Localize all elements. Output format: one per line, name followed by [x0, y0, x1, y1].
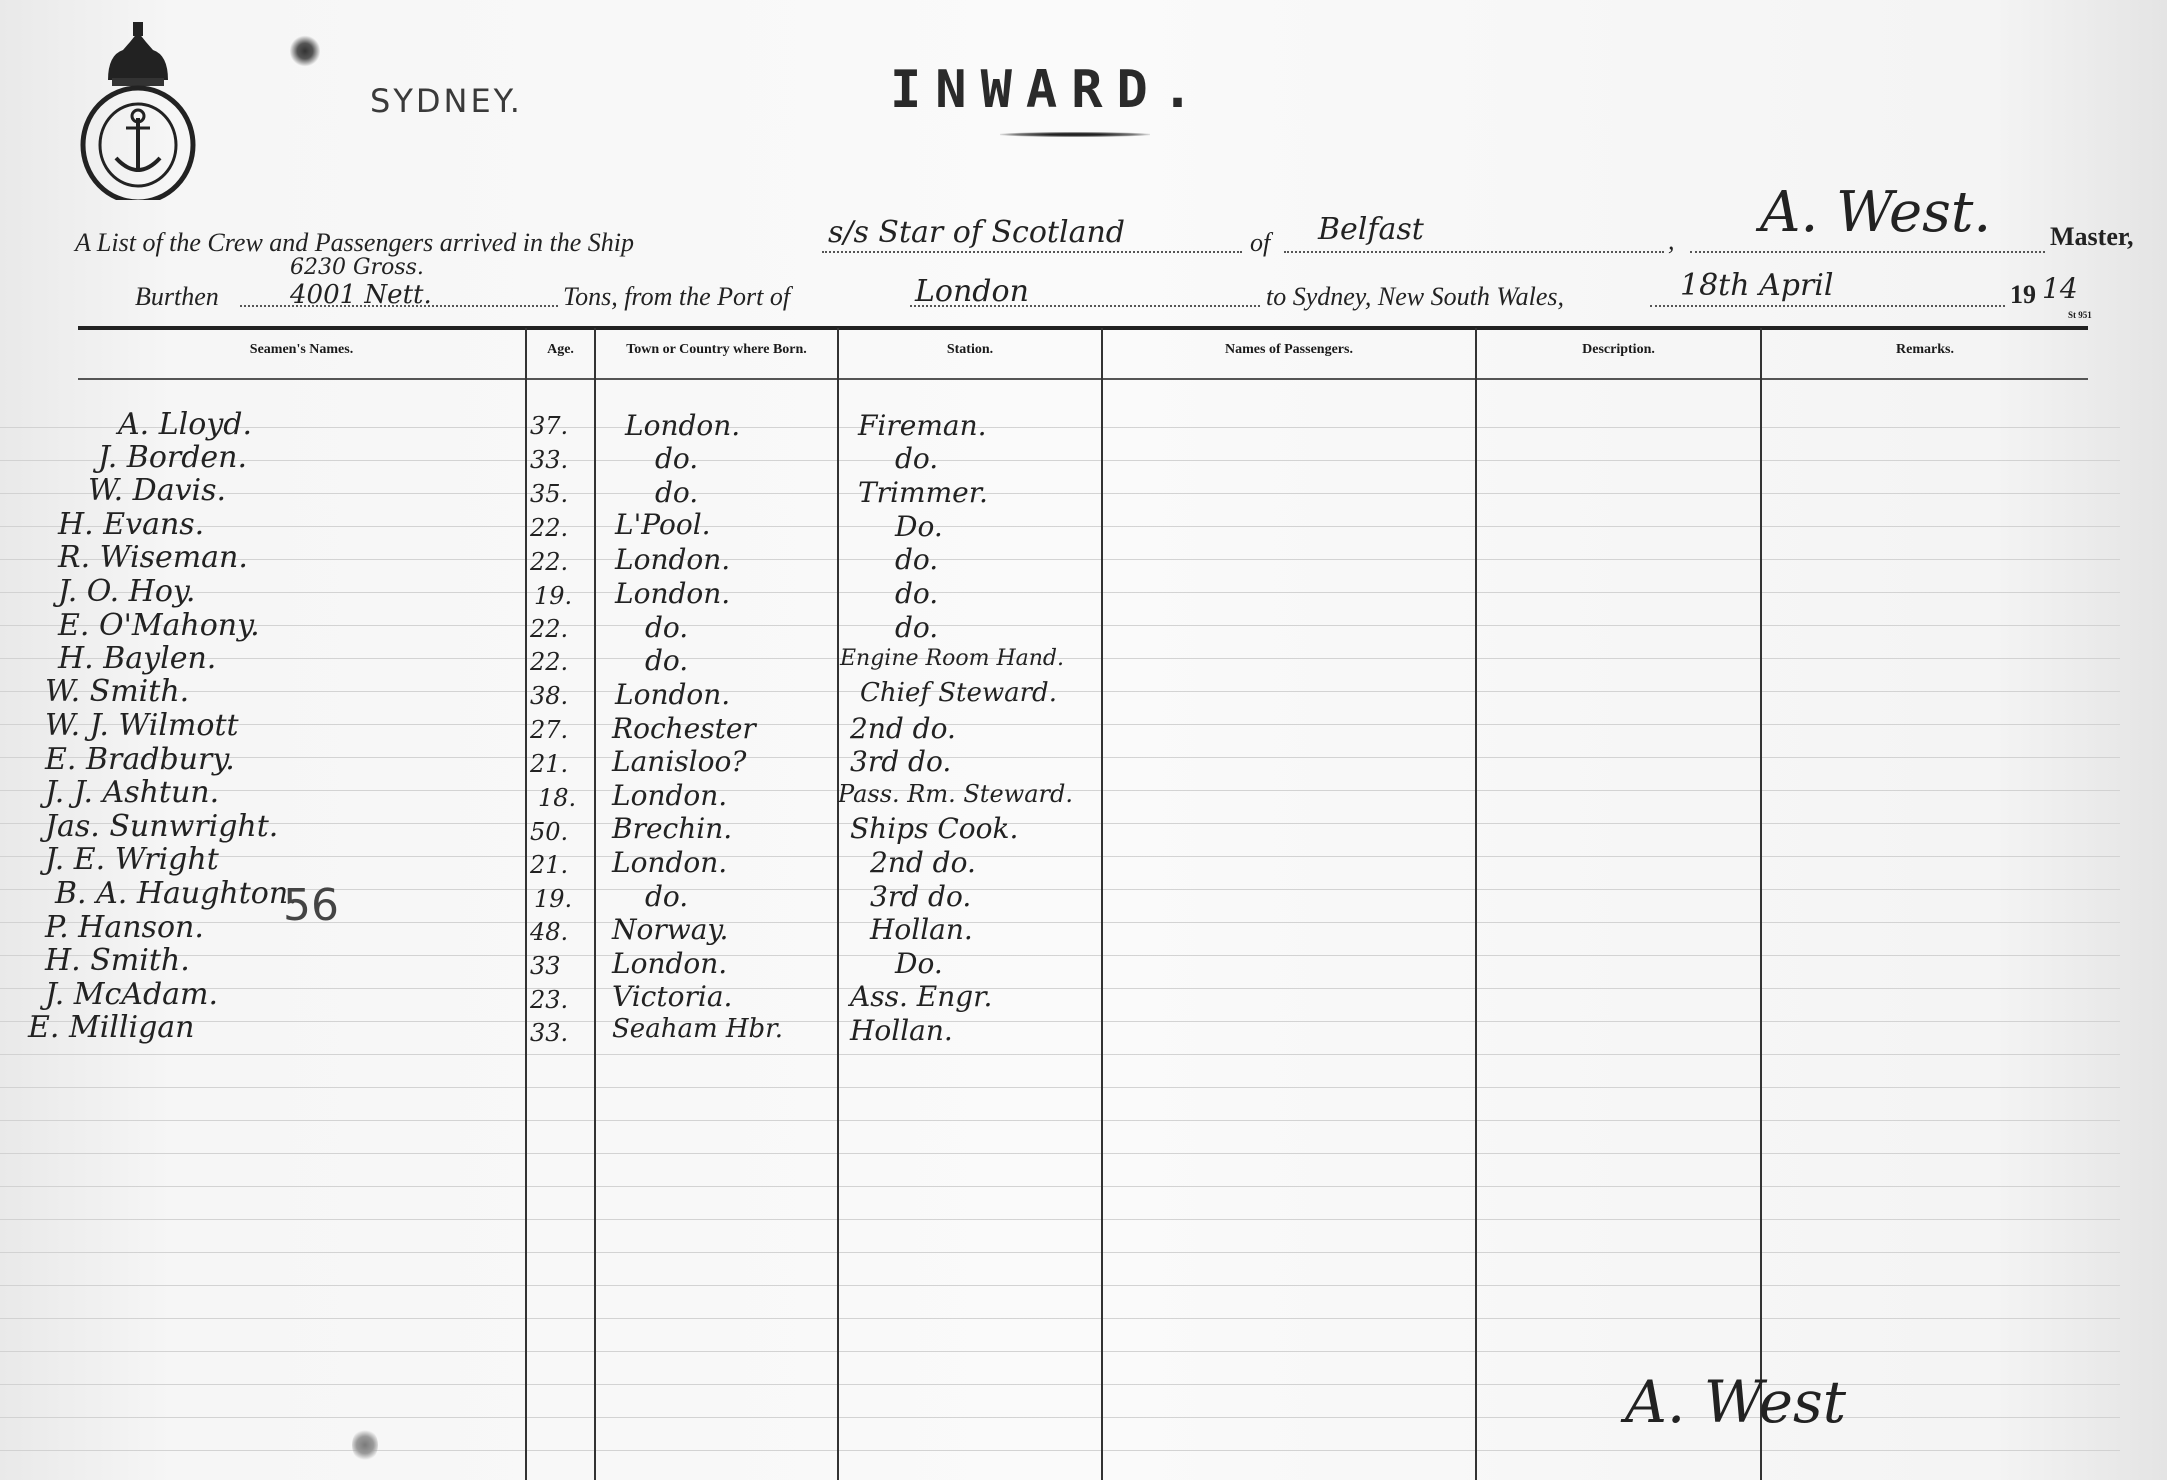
seaman-age: 19.	[534, 582, 572, 610]
seaman-birthplace: do.	[655, 476, 698, 509]
location-stamp: SYDNEY.	[370, 82, 523, 120]
seaman-name: J. Borden.	[98, 440, 247, 475]
seaman-name: E. O'Mahony.	[58, 608, 260, 643]
seaman-station: do.	[895, 442, 938, 475]
seaman-station: Ass. Engr.	[850, 980, 992, 1013]
seaman-birthplace: Victoria.	[612, 980, 732, 1013]
seaman-age: 22.	[530, 615, 568, 643]
ruled-lines	[0, 395, 2120, 1480]
seaman-station: Ships Cook.	[850, 812, 1018, 845]
seaman-station: Engine Room Hand.	[840, 646, 1064, 671]
col-header-description: Description.	[1477, 342, 1760, 358]
seaman-age: 33.	[530, 1019, 568, 1047]
table-top-rule	[78, 326, 2088, 330]
arrival-date-field[interactable]: 18th April	[1680, 268, 1834, 303]
seaman-birthplace: London.	[625, 409, 740, 442]
comma: ,	[1668, 226, 1675, 256]
seaman-birthplace: London.	[612, 779, 727, 812]
header-bottom-rule	[78, 378, 2088, 380]
ship-label: A List of the Crew and Passengers arrive…	[75, 228, 634, 257]
from-port-field[interactable]: London	[915, 274, 1029, 309]
burthen-gross-field[interactable]: 6230 Gross.	[290, 255, 424, 280]
seaman-age: 19.	[534, 885, 572, 913]
col-header-seamens-names: Seamen's Names.	[78, 342, 525, 358]
form-line-ship: A List of the Crew and Passengers arrive…	[75, 228, 634, 258]
master-label: Master,	[2050, 222, 2134, 252]
seaman-station: Trimmer.	[858, 476, 988, 509]
seaman-birthplace: Rochester	[612, 712, 756, 745]
seaman-name: E. Milligan	[28, 1010, 194, 1045]
seaman-birthplace: do.	[645, 644, 688, 677]
seaman-station: Do.	[895, 947, 943, 980]
seaman-station: 2nd do.	[870, 846, 976, 879]
seaman-name: B. A. Haughton.	[55, 876, 298, 911]
port-dotted-line	[1284, 250, 1664, 253]
seaman-station: 2nd do.	[850, 712, 956, 745]
seaman-age: 21.	[530, 851, 568, 879]
seaman-station: 3rd do.	[870, 880, 971, 913]
master-name-field[interactable]: A. West.	[1760, 180, 1991, 245]
seaman-name: W. Davis.	[88, 473, 226, 508]
seaman-age: 21.	[530, 750, 568, 778]
port-of-registry-field[interactable]: Belfast	[1318, 212, 1424, 247]
seaman-name: W. J. Wilmott	[45, 708, 239, 743]
seaman-name: E. Bradbury.	[45, 742, 235, 777]
seaman-age: 27.	[530, 716, 568, 744]
seaman-birthplace: London.	[615, 577, 730, 610]
seaman-name: J. McAdam.	[45, 977, 218, 1012]
title-ornament-rule	[1000, 132, 1150, 137]
year-field[interactable]: 14	[2042, 272, 2078, 305]
seaman-age: 33.	[530, 446, 568, 474]
seaman-station: Pass. Rm. Steward.	[838, 780, 1073, 808]
seaman-age: 48.	[530, 918, 568, 946]
seaman-name: J. E. Wright	[45, 842, 219, 877]
col-header-remarks: Remarks.	[1762, 342, 2088, 358]
seaman-station: 3rd do.	[850, 745, 951, 778]
manifest-page: SYDNEY. INWARD. A List of the Crew and P…	[0, 0, 2167, 1480]
seaman-name: R. Wiseman.	[58, 540, 248, 575]
col-divider-passengers	[1101, 328, 1103, 1480]
seaman-name: J. J. Ashtun.	[45, 775, 219, 810]
col-divider-born	[594, 328, 596, 1480]
of-label: of	[1250, 228, 1270, 258]
margin-note: 56	[283, 880, 339, 931]
year-prefix: 19	[2010, 280, 2036, 310]
seaman-station: do.	[895, 611, 938, 644]
seaman-station: Hollan.	[850, 1014, 953, 1047]
seaman-age: 38.	[530, 682, 568, 710]
seaman-birthplace: do.	[645, 880, 688, 913]
col-header-passengers: Names of Passengers.	[1103, 342, 1475, 358]
seaman-age: 22.	[530, 514, 568, 542]
ship-name-dotted-line	[822, 250, 1242, 253]
seaman-name: H. Smith.	[45, 943, 190, 978]
seaman-name: H. Baylen.	[58, 641, 216, 676]
seaman-station: Hollan.	[870, 913, 973, 946]
seaman-name: Jas. Sunwright.	[45, 809, 278, 844]
shipping-masters-seal-icon	[78, 20, 198, 200]
to-sydney-label: to Sydney, New South Wales,	[1266, 282, 1564, 312]
seaman-name: W. Smith.	[45, 674, 189, 709]
seaman-station: do.	[895, 577, 938, 610]
seaman-birthplace: L'Pool.	[615, 508, 711, 541]
seaman-birthplace: Norway.	[612, 913, 728, 946]
seaman-name: H. Evans.	[58, 507, 204, 542]
col-divider-age	[525, 328, 527, 1480]
master-dotted-line	[1690, 250, 2045, 253]
col-divider-description	[1475, 328, 1477, 1480]
hole-punch-mark	[290, 30, 320, 72]
burthen-label: Burthen	[135, 282, 219, 312]
seaman-age: 35.	[530, 480, 568, 508]
seaman-station: do.	[895, 543, 938, 576]
seaman-birthplace: London.	[612, 846, 727, 879]
page-title: INWARD.	[890, 60, 1207, 120]
tons-from-port-label: Tons, from the Port of	[563, 282, 790, 312]
seaman-age: 37.	[530, 412, 568, 440]
col-header-town-born: Town or Country where Born.	[596, 342, 837, 358]
seaman-birthplace: do.	[645, 611, 688, 644]
seaman-birthplace: Seaham Hbr.	[612, 1014, 783, 1044]
seaman-age: 22.	[530, 548, 568, 576]
seaman-birthplace: London.	[615, 543, 730, 576]
seaman-birthplace: Brechin.	[612, 812, 732, 845]
seaman-birthplace: London.	[612, 947, 727, 980]
seaman-name: A. Lloyd.	[118, 407, 252, 442]
seaman-age: 23.	[530, 986, 568, 1014]
seaman-station: Chief Steward.	[860, 678, 1057, 708]
col-header-age: Age.	[527, 342, 594, 358]
col-divider-station	[837, 328, 839, 1480]
seaman-name: P. Hanson.	[45, 910, 204, 945]
seaman-age: 33	[530, 952, 561, 980]
ship-name-field[interactable]: s/s Star of Scotland	[828, 215, 1125, 250]
seaman-station: Do.	[895, 510, 943, 543]
seaman-birthplace: London.	[615, 678, 730, 711]
seaman-birthplace: Lanisloo?	[612, 745, 746, 778]
signature: A. West	[1625, 1368, 1846, 1436]
col-divider-remarks	[1760, 328, 1762, 1480]
form-number: St 951	[2068, 310, 2092, 320]
seaman-birthplace: do.	[655, 442, 698, 475]
seaman-age: 18.	[538, 784, 576, 812]
seaman-name: J. O. Hoy.	[58, 574, 195, 609]
seaman-station: Fireman.	[858, 409, 987, 442]
seaman-age: 22.	[530, 648, 568, 676]
seaman-age: 50.	[530, 818, 568, 846]
col-header-station: Station.	[839, 342, 1101, 358]
burthen-net-field[interactable]: 4001 Nett.	[290, 280, 432, 310]
ink-stain	[352, 1428, 378, 1462]
date-dotted-line	[1650, 304, 2005, 307]
